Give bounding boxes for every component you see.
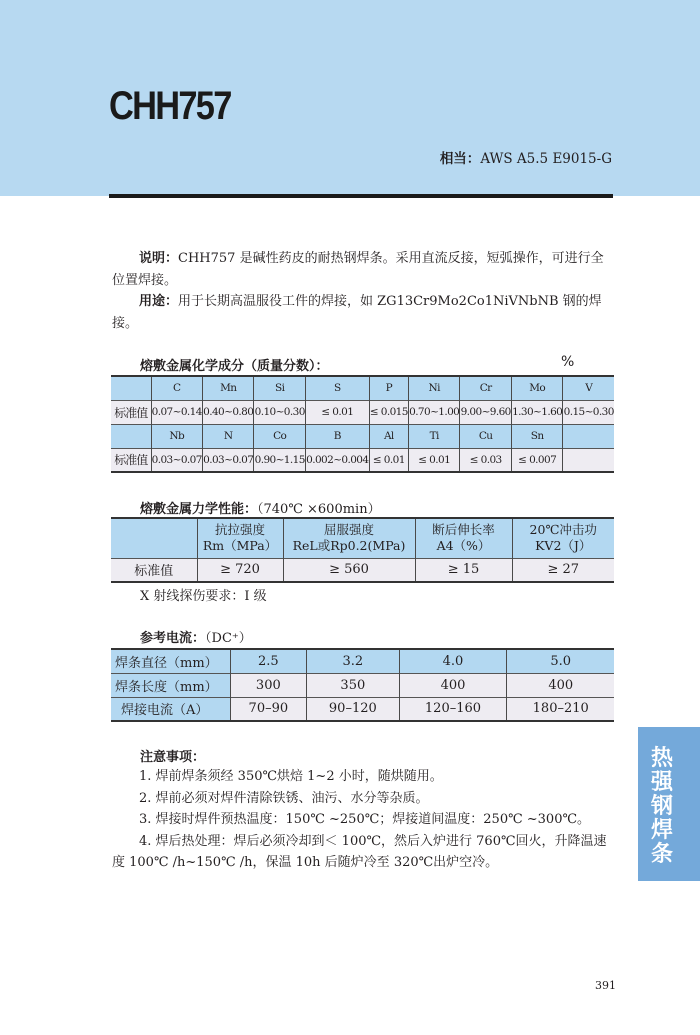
element-header: C [151,376,202,400]
element-value [563,448,614,472]
header-divider [109,194,613,198]
element-header: S [305,376,369,400]
header-line: KV2（J） [513,538,615,554]
table-cell: 2.5 [230,649,307,673]
usage-label: 用途： [139,294,178,309]
element-value: ≤ 0.007 [511,448,562,472]
element-header: N [202,424,253,448]
property-value: ≥ 15 [415,558,512,582]
element-header: Nb [151,424,202,448]
element-value: 0.70~1.00 [408,400,459,424]
header-line: 断后伸长率 [416,522,512,538]
element-value: ≤ 0.01 [369,448,408,472]
element-header: Sn [511,424,562,448]
table-row: 焊条直径（mm） 2.5 3.2 4.0 5.0 [111,649,614,673]
element-value: ≤ 0.03 [460,448,511,472]
note-item: 3. 焊接时焊件预热温度：150℃ ~250℃；焊接道间温度：250℃ ~300… [112,809,612,831]
description-label: 说明： [139,251,178,266]
equivalent-label: 相当： [440,151,481,167]
table-cell: 300 [230,673,307,697]
header-line: 20℃冲击功 [513,522,615,538]
note-item: 2. 焊前必须对焊件清除铁锈、油污、水分等杂质。 [112,788,612,810]
property-header: 屈服强度ReL或Rp0.2(MPa) [283,518,415,558]
element-value: 0.15~0.30 [563,400,614,424]
equivalent-value: AWS A5.5 E9015-G [480,151,612,167]
property-value: ≥ 27 [512,558,614,582]
table-cell: 4.0 [399,649,507,673]
table-row: 标准值 ≥ 720 ≥ 560 ≥ 15 ≥ 27 [111,558,614,582]
equivalent-standard: 相当：AWS A5.5 E9015-G [440,147,612,167]
header-line: A4（%） [416,538,512,554]
table-row: 标准值 0.07~0.14 0.40~0.80 0.10~0.30 ≤ 0.01… [111,400,614,424]
header-line: ReL或Rp0.2(MPa) [284,538,415,554]
element-value: 0.90~1.15 [254,448,305,472]
element-value: ≤ 0.01 [305,400,369,424]
element-value: ≤ 0.01 [408,448,459,472]
table-row: 标准值 0.03~0.07 0.03~0.07 0.90~1.15 0.002~… [111,448,614,472]
table-row: Nb N Co B Al Ti Cu Sn [111,424,614,448]
row-label: 焊接电流（A） [111,697,230,721]
chemical-composition-table: C Mn Si S P Ni Cr Mo V 标准值 0.07~0.14 0.4… [111,375,614,473]
chemical-unit: % [561,354,574,370]
table-cell: 5.0 [507,649,614,673]
row-label: 标准值 [111,448,151,472]
xray-requirement: X 射线探伤要求：I 级 [140,585,267,604]
element-value: 0.03~0.07 [151,448,202,472]
mechanical-title: 熔敷金属力学性能： [140,502,257,517]
usage-text: 用于长期高温服役工件的焊接，如 ZG13Cr9Mo2Co1NiVNbNB 钢的焊… [112,294,602,331]
property-value: ≥ 560 [283,558,415,582]
property-header: 20℃冲击功KV2（J） [512,518,614,558]
element-header: Ni [408,376,459,400]
notes-title: 注意事项： [140,746,205,765]
element-header: P [369,376,408,400]
table-row: 焊接电流（A） 70–90 90–120 120–160 180–210 [111,697,614,721]
current-section-title: 参考电流：（DC⁺） [140,627,252,646]
property-value: ≥ 720 [197,558,283,582]
table-cell: 120–160 [399,697,507,721]
element-header: Cr [460,376,511,400]
row-label: 标准值 [111,400,151,424]
table-row: 抗拉强度Rm（MPa） 屈服强度ReL或Rp0.2(MPa) 断后伸长率A4（%… [111,518,614,558]
table-cell: 400 [507,673,614,697]
table-row: 焊条长度（mm） 300 350 400 400 [111,673,614,697]
product-title: CHH757 [109,84,231,129]
property-header: 断后伸长率A4（%） [415,518,512,558]
current-note: （DC⁺） [205,631,252,646]
element-header: B [305,424,369,448]
table-cell: 350 [307,673,399,697]
table-cell: 400 [399,673,507,697]
element-value: ≤ 0.015 [369,400,408,424]
mechanical-properties-table: 抗拉强度Rm（MPa） 屈服强度ReL或Rp0.2(MPa) 断后伸长率A4（%… [111,517,614,583]
element-value: 9.00~9.60 [460,400,511,424]
note-item: 4. 焊后热处理：焊后必须冷却到＜ 100℃，然后入炉进行 760℃回火，升降温… [112,831,612,874]
table-cell: 180–210 [507,697,614,721]
table-cell: 90–120 [307,697,399,721]
table-row: C Mn Si S P Ni Cr Mo V [111,376,614,400]
header-line: 屈服强度 [284,522,415,538]
table-cell [111,376,151,400]
element-value: 0.10~0.30 [254,400,305,424]
side-tab-label: 热强钢焊条 [647,747,677,867]
table-cell [111,518,197,558]
mechanical-section-title: 熔敷金属力学性能：（740℃ ×600min） [140,498,381,517]
element-value: 0.07~0.14 [151,400,202,424]
element-value: 1.30~1.60 [511,400,562,424]
element-header: Cu [460,424,511,448]
row-label: 焊条直径（mm） [111,649,230,673]
table-cell: 70–90 [230,697,307,721]
row-label: 标准值 [111,558,197,582]
element-header: Co [254,424,305,448]
element-header: Si [254,376,305,400]
property-header: 抗拉强度Rm（MPa） [197,518,283,558]
header-line: 抗拉强度 [198,522,283,538]
row-label: 焊条长度（mm） [111,673,230,697]
current-title: 参考电流： [140,631,205,646]
description-paragraph: 说明：CHH757 是碱性药皮的耐热钢焊条。采用直流反接，短弧操作，可进行全位置… [112,248,612,291]
element-header: Al [369,424,408,448]
element-header: Ti [408,424,459,448]
element-header: Mn [202,376,253,400]
table-cell: 3.2 [307,649,399,673]
chemical-section-title: 熔敷金属化学成分（质量分数）： [140,355,329,374]
element-value: 0.03~0.07 [202,448,253,472]
element-header: Mo [511,376,562,400]
mechanical-condition: （740℃ ×600min） [257,502,381,517]
reference-current-table: 焊条直径（mm） 2.5 3.2 4.0 5.0 焊条长度（mm） 300 35… [111,648,614,722]
usage-paragraph: 用途：用于长期高温服役工件的焊接，如 ZG13Cr9Mo2Co1NiVNbNB … [112,291,612,334]
element-header: V [563,376,614,400]
table-cell [111,424,151,448]
note-item: 1. 焊前焊条须经 350℃烘焙 1~2 小时，随烘随用。 [112,766,612,788]
element-value: 0.40~0.80 [202,400,253,424]
header-line: Rm（MPa） [198,538,283,554]
description-text: CHH757 是碱性药皮的耐热钢焊条。采用直流反接，短弧操作，可进行全位置焊接。 [112,251,604,288]
element-value: 0.002~0.004 [305,448,369,472]
element-header [563,424,614,448]
category-side-tab: 热强钢焊条 [638,727,700,881]
page-number: 391 [595,979,616,992]
